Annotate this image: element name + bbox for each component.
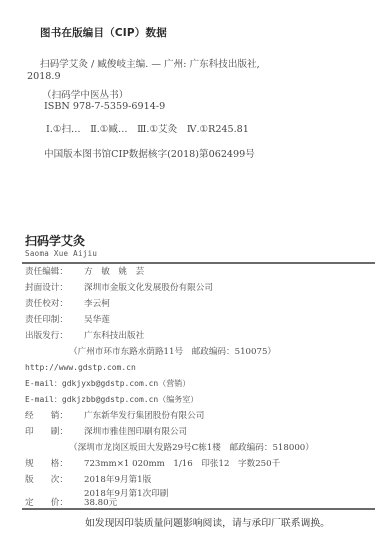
credit-row-printer-address: （深圳市龙岗区坂田大发路29号C栋1楼 邮政编码：518000） bbox=[69, 441, 314, 455]
credit-value: 深圳市雅佳图印刷有限公司 bbox=[84, 425, 187, 439]
credit-row-printer: 印 刷：深圳市雅佳图印刷有限公司 bbox=[25, 425, 187, 439]
credit-label: 印 刷： bbox=[25, 425, 84, 439]
website-link[interactable]: http://www.gdstp.com.cn bbox=[25, 361, 136, 375]
cip-classification: Ⅰ.①扫… Ⅱ.①臧… Ⅲ.①艾灸 Ⅳ.①R245.81 bbox=[46, 121, 249, 135]
credit-label: 规 格： bbox=[25, 457, 84, 471]
cip-series: （扫码学中医丛书） bbox=[42, 87, 128, 101]
credit-label: 版 次： bbox=[25, 473, 84, 487]
credit-row-proofreader: 责任校对：李云柯 bbox=[25, 297, 110, 311]
credit-value: 方 敏 姚 芸 bbox=[84, 265, 144, 279]
divider-bottom bbox=[22, 508, 375, 510]
credit-row-email-marketing: E-mail：gdkjyxb@gdstp.com.cn（营销） bbox=[25, 377, 190, 391]
credit-value: 李云柯 bbox=[84, 297, 110, 311]
credit-value: 深圳市金版文化发展股份有限公司 bbox=[84, 281, 213, 295]
cip-record-number: 中国版本图书馆CIP数据核字(2018)第062499号 bbox=[44, 146, 255, 160]
cip-citation-line: 扫码学艾灸 / 臧俊岐主编. — 广州: 广东科技出版社, bbox=[40, 56, 260, 70]
credit-row-edition: 版 次：2018年9月第1版 bbox=[25, 473, 151, 487]
credit-value: 广东科技出版社 bbox=[84, 329, 144, 343]
credit-label: E-mail： bbox=[25, 379, 62, 388]
credit-row-cover-design: 封面设计：深圳市金版文化发展股份有限公司 bbox=[25, 281, 213, 295]
credit-label: 出版发行： bbox=[25, 329, 84, 343]
credit-row-distributor: 经 销：广东新华发行集团股份有限公司 bbox=[25, 409, 204, 423]
credit-label: E-mail： bbox=[25, 395, 62, 404]
credit-row-publisher-address: （广州市环市东路水荫路11号 邮政编码：510075） bbox=[69, 345, 276, 359]
divider-top bbox=[22, 262, 375, 264]
credit-value: （广州市环市东路水荫路11号 邮政编码：510075） bbox=[69, 345, 276, 359]
credit-value: 723mm×1 020mm 1/16 印张12 字数250千 bbox=[84, 457, 280, 471]
credit-label: 封面设计： bbox=[25, 281, 84, 295]
credit-value: （深圳市龙岗区坂田大发路29号C栋1楼 邮政编码：518000） bbox=[69, 441, 314, 455]
email-link[interactable]: gdkjzbb@gdstp.com.cn（编务室） bbox=[62, 393, 198, 407]
credit-label: 责任印制： bbox=[25, 313, 84, 327]
credit-label: 责任校对： bbox=[25, 297, 84, 311]
credit-row-print-manager: 责任印制：吴华莲 bbox=[25, 313, 110, 327]
credit-row-specs: 规 格：723mm×1 020mm 1/16 印张12 字数250千 bbox=[25, 457, 280, 471]
credit-row-publisher: 出版发行：广东科技出版社 bbox=[25, 329, 144, 343]
credit-label: 责任编辑： bbox=[25, 265, 84, 279]
credit-value: 2018年9月第1版 bbox=[84, 473, 151, 487]
credit-label: 经 销： bbox=[25, 409, 84, 423]
credit-row-email-editorial: E-mail：gdkjzbb@gdstp.com.cn（编务室） bbox=[25, 393, 198, 407]
credit-row-editor: 责任编辑：方 敏 姚 芸 bbox=[25, 265, 144, 279]
book-title-pinyin: Saoma Xue Aijiu bbox=[25, 249, 97, 258]
cip-isbn: ISBN 978-7-5359-6914-9 bbox=[44, 101, 165, 112]
book-title: 扫码学艾灸 bbox=[25, 232, 85, 249]
cip-publication-date: 2018.9 bbox=[27, 71, 61, 82]
quality-notice: 如发现因印装质量问题影响阅读，请与承印厂联系调换。 bbox=[85, 515, 330, 529]
credit-value: 广东新华发行集团股份有限公司 bbox=[84, 409, 204, 423]
email-link[interactable]: gdkjyxb@gdstp.com.cn（营销） bbox=[62, 377, 190, 391]
cip-heading: 图书在版编目（CIP）数据 bbox=[40, 25, 167, 40]
credit-row-website: http://www.gdstp.com.cn bbox=[25, 361, 136, 375]
credit-value: 吴华莲 bbox=[84, 313, 110, 327]
